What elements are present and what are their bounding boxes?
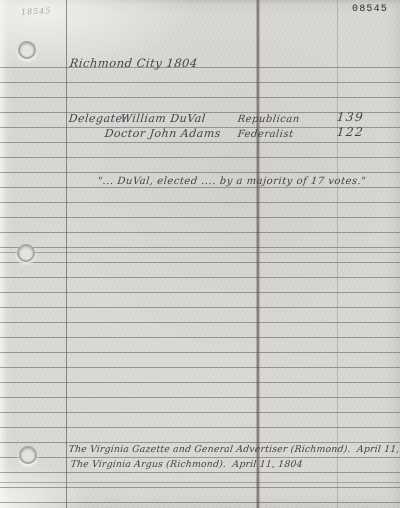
candidate-party: Republican bbox=[237, 114, 300, 125]
source-citation-gazette: The Virginia Gazette and General Adverti… bbox=[68, 444, 400, 455]
office-label: Delegate: bbox=[68, 112, 127, 125]
hole-punch-middle bbox=[17, 244, 35, 262]
hole-punch-top bbox=[18, 41, 36, 59]
candidate-name: Doctor John Adams bbox=[104, 127, 222, 140]
vote-count: 139 bbox=[336, 110, 365, 124]
scanned-ledger-page: 18545 08545 Richmond City 1804 Delegate:… bbox=[0, 0, 400, 508]
stamp-number: 08545 bbox=[352, 4, 388, 15]
source-citation-argus: The Virginia Argus (Richmond). April 11,… bbox=[70, 459, 303, 470]
quote-line: "... DuVal, elected .... by a majority o… bbox=[97, 176, 367, 187]
ruled-line-extra bbox=[0, 482, 400, 483]
candidate-party: Federalist bbox=[237, 129, 294, 140]
vote-count: 122 bbox=[336, 125, 365, 139]
page-title: Richmond City 1804 bbox=[69, 56, 198, 70]
pencil-number: 18545 bbox=[21, 6, 52, 17]
ruled-line-extra bbox=[0, 252, 400, 253]
column-line bbox=[337, 0, 338, 508]
candidate-name: William DuVal bbox=[120, 112, 206, 125]
fold-crease-line bbox=[256, 0, 260, 508]
margin-line bbox=[66, 0, 67, 508]
hole-punch-bottom bbox=[19, 446, 37, 464]
paper-texture bbox=[0, 0, 400, 508]
